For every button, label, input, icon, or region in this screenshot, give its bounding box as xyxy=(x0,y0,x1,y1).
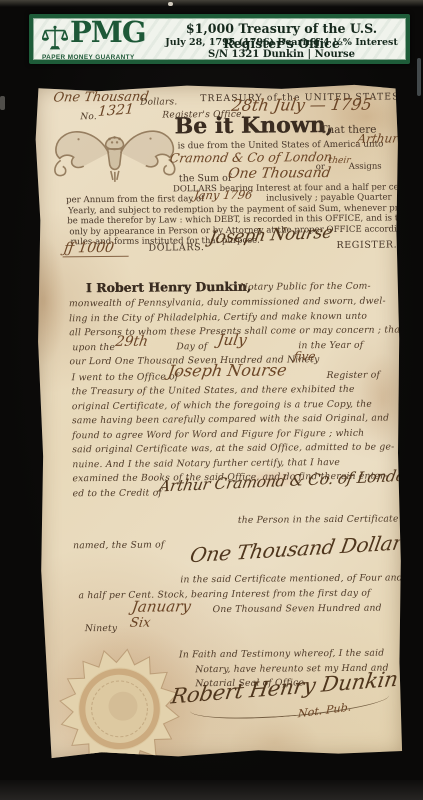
dollars-caps: DOLLARS. xyxy=(148,242,204,253)
month-big-handwritten: January xyxy=(131,597,193,616)
stain xyxy=(230,713,321,772)
holder-bottom-edge xyxy=(0,780,423,800)
year-handwritten: five xyxy=(292,349,316,363)
credit-pre: ed to the Credit of xyxy=(73,487,162,499)
label-serial-line: S/N 1321 Dunkin | Nourse xyxy=(162,49,401,60)
no-label: No. xyxy=(80,112,97,122)
pmg-brand-subtitle: PAPER MONEY GUARANTY xyxy=(42,54,135,61)
went-post: Register of xyxy=(327,369,381,380)
label-date-line: July 28, 1795 (1796) Bearing 4 ½% Intere… xyxy=(162,37,401,48)
be-it-known-heading: Be it Known, xyxy=(174,112,333,139)
notary-line-11: nuine. And I the said Notary further cer… xyxy=(72,456,340,469)
pmg-scales-icon xyxy=(42,24,68,54)
pmg-logo: PMG PAPER MONEY GUARANTY xyxy=(42,21,164,61)
month-handwritten: July xyxy=(216,331,248,349)
faith-line-1: In Faith and Testimony whereof, I the sa… xyxy=(179,648,384,661)
pmg-brand: PMG xyxy=(70,15,146,49)
ninety-word: Ninety xyxy=(85,623,118,634)
pmg-label-inner: PMG PAPER MONEY GUARANTY $1,000 Treasury… xyxy=(33,18,406,60)
holder-top-edge xyxy=(0,0,423,7)
holder-reflection-right xyxy=(417,58,421,96)
six-handwritten: Six xyxy=(129,616,152,631)
register-signature: Joseph Nourse xyxy=(207,223,333,248)
notary-line-8: same having been carefully compared with… xyxy=(72,413,389,427)
notary-line-14: a half per Cent. Stock, bearing Interest… xyxy=(78,588,370,602)
payee-handwritten-1: Arthur xyxy=(357,131,400,145)
notarial-seal xyxy=(50,639,189,778)
notary-line-9: found to agree Word for Word and Figure … xyxy=(72,427,364,441)
body-line-2a: per Annum from the first day of xyxy=(66,194,204,205)
notary-line-6: the Treasury of the United States, and t… xyxy=(72,384,355,397)
pmg-label-text: $1,000 Treasury of the U.S. Register's O… xyxy=(162,19,401,61)
pmg-grading-label: PMG PAPER MONEY GUARANTY $1,000 Treasury… xyxy=(29,14,410,64)
day-of: Day of xyxy=(176,341,207,352)
notary-line-13: in the said Certificate mentioned, of Fo… xyxy=(180,572,403,585)
figure-handwritten: ƒƒ 1000 xyxy=(63,240,132,258)
eagle-vignette xyxy=(48,124,181,189)
assigns-word: Assigns xyxy=(349,162,382,172)
notary-line-2: monwealth of Pennsylvania, duly commissi… xyxy=(69,296,386,310)
sum-handwritten: One Thousand xyxy=(227,165,332,182)
register-name-handwritten: Joseph Nourse xyxy=(167,360,288,380)
stain xyxy=(21,235,66,365)
went-pre: I went to the Office of xyxy=(72,371,179,383)
certificate-document: One Thousand Dollars. TREASURY of the UN… xyxy=(34,82,404,759)
upon-the: upon the xyxy=(72,341,115,352)
notary-line-3: ling in the City of Philadelphia, Certif… xyxy=(69,310,367,324)
serial-handwritten: 1321 xyxy=(97,101,134,120)
notary-intro: I Robert Henry Dunkin, xyxy=(86,279,251,295)
notary-line-10: said original Certificate was, at the sa… xyxy=(72,441,394,455)
notary-line-1: Notary Public for the Com- xyxy=(240,281,371,293)
holder-clip-left xyxy=(0,96,5,110)
dust-speck xyxy=(168,2,173,6)
photo-holder: PMG PAPER MONEY GUARANTY $1,000 Treasury… xyxy=(0,0,423,800)
notary-line-15: One Thousand Seven Hundred and xyxy=(213,603,382,615)
body-line-2b: inclusively ; payable Quarter xyxy=(266,192,392,203)
notary-line-7: original Certificate, of which the foreg… xyxy=(72,398,372,412)
sum-big-handwritten: One Thousand Dollars xyxy=(188,530,414,567)
person-line: the Person in the said Certificate xyxy=(238,513,399,525)
dollars-word: Dollars. xyxy=(140,97,177,107)
day-handwritten: 29th xyxy=(114,334,149,350)
register-title: REGISTER. xyxy=(336,239,397,251)
payee-handwritten-2: Cramond & Co of London xyxy=(169,149,333,165)
named-line: named, the Sum of xyxy=(73,539,165,551)
body-line-2-handwritten: Jany 1796 xyxy=(193,188,253,203)
